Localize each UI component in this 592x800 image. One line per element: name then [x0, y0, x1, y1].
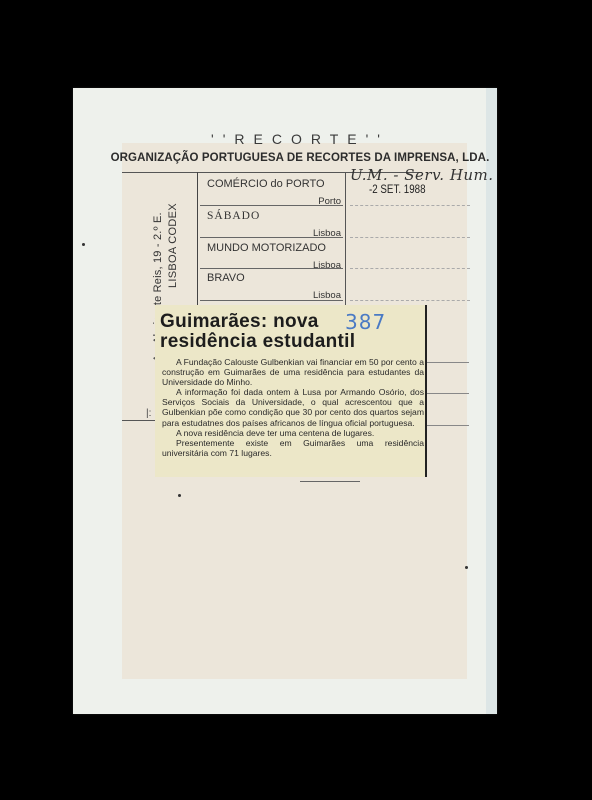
handwritten-number: 387 — [345, 310, 386, 334]
scan-speck — [465, 566, 468, 569]
article-body: A Fundação Calouste Gulbenkian vai finan… — [162, 357, 424, 458]
form-title: ''RECORTE'' — [110, 131, 490, 147]
date-field-rule — [350, 237, 470, 238]
article-paragraph: A Fundação Calouste Gulbenkian vai finan… — [162, 357, 424, 387]
article-paragraph: Presentemente existe em Guimarães uma re… — [162, 438, 424, 458]
organization-name: ORGANIZAÇÃO PORTUGUESA DE RECORTES DA IM… — [110, 152, 490, 164]
row-divider — [200, 205, 343, 206]
publication-name: MUNDO MOTORIZADO — [207, 242, 326, 254]
left-margin-rule — [122, 420, 155, 421]
scan-speck — [82, 243, 85, 246]
handwritten-note: U.M. - Serv. Hum. — [350, 166, 494, 184]
article-paragraph: A nova residência deve ter uma centena d… — [162, 428, 424, 438]
date-stamp: -2 SET. 1988 — [369, 184, 426, 196]
date-field-rule — [350, 300, 470, 301]
headline-line2: residência estudantil — [160, 332, 420, 352]
side-address-line2: LISBOA CODEX — [167, 203, 179, 288]
scan-speck — [178, 494, 181, 497]
right-margin-rule — [427, 425, 469, 426]
publication-name: SÁBADO — [207, 210, 260, 222]
table-mid-border — [345, 172, 346, 307]
row-divider — [200, 300, 343, 301]
publication-name: COMÉRCIO do PORTO — [207, 178, 325, 190]
date-field-rule — [350, 268, 470, 269]
article-end-rule — [300, 481, 360, 482]
publication-city: Lisboa — [313, 260, 341, 271]
date-field-rule — [350, 205, 470, 206]
table-left-border — [197, 172, 198, 312]
publication-name: BRAVO — [207, 272, 245, 284]
row-divider — [200, 237, 343, 238]
right-margin-rule — [427, 393, 469, 394]
margin-mark: |: — [146, 408, 151, 419]
row-divider — [200, 268, 343, 269]
article-paragraph: A informação foi dada ontem à Lusa por A… — [162, 387, 424, 427]
right-margin-rule — [427, 362, 469, 363]
